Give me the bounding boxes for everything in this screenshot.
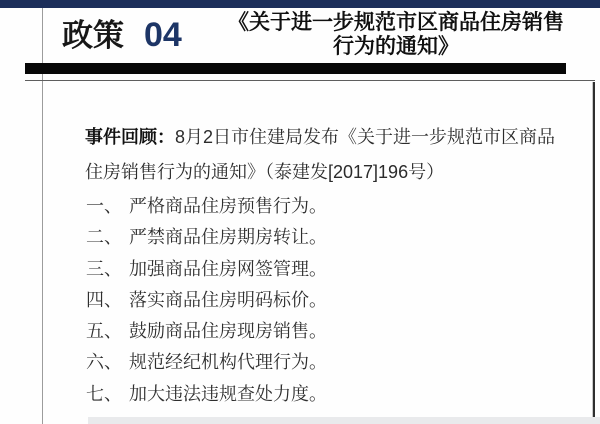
list-item-text: 加大违法违规查处力度。	[129, 384, 327, 404]
right-vertical-rule	[592, 82, 595, 424]
list-item-text: 加强商品住房网签管理。	[129, 259, 327, 279]
list-item: 七、加大违法违规查处力度。	[86, 379, 327, 410]
page-title-line-1: 《关于进一步规范市区商品住房销售	[205, 11, 587, 35]
policy-number: 04	[144, 17, 182, 53]
list-item-number: 七、	[86, 379, 122, 410]
policy-notice-card: 政策 04 《关于进一步规范市区商品住房销售 行为的通知》 事件回顾：8月2日市…	[0, 0, 600, 424]
event-review-line-2: 住房销售行为的通知》（泰建发[2017]196号）	[85, 155, 585, 190]
event-review-line-1: 事件回顾：8月2日市住建局发布《关于进一步规范市区商品	[85, 120, 585, 155]
page-title: 《关于进一步规范市区商品住房销售 行为的通知》	[205, 11, 587, 58]
list-item: 六、规范经纪机构代理行为。	[86, 347, 327, 378]
list-item-text: 鼓励商品住房现房销售。	[129, 321, 327, 341]
event-review-label: 事件回顾：	[85, 127, 175, 147]
list-item: 五、鼓励商品住房现房销售。	[86, 316, 327, 347]
list-item-text: 落实商品住房明码标价。	[129, 290, 327, 310]
list-item-number: 四、	[86, 285, 122, 316]
policy-item-list: 一、严格商品住房预售行为。 二、严禁商品住房期房转让。 三、加强商品住房网签管理…	[86, 191, 327, 410]
list-item: 二、严禁商品住房期房转让。	[86, 222, 327, 253]
list-item-number: 五、	[86, 316, 122, 347]
event-review-paragraph: 事件回顾：8月2日市住建局发布《关于进一步规范市区商品 住房销售行为的通知》（泰…	[85, 120, 585, 190]
list-item-number: 六、	[86, 347, 122, 378]
header-divider-bar	[25, 63, 566, 74]
list-item-number: 二、	[86, 222, 122, 253]
top-accent-bar	[0, 0, 600, 8]
list-item-number: 三、	[86, 254, 122, 285]
list-item-text: 规范经纪机构代理行为。	[129, 352, 327, 372]
list-item-text: 严格商品住房预售行为。	[129, 196, 327, 216]
bottom-shadow-strip	[88, 417, 600, 424]
list-item-text: 严禁商品住房期房转让。	[129, 227, 327, 247]
list-item-number: 一、	[86, 191, 122, 222]
header-divider-rule	[25, 80, 595, 81]
list-item: 一、严格商品住房预售行为。	[86, 191, 327, 222]
policy-label: 政策	[62, 20, 124, 52]
list-item: 三、加强商品住房网签管理。	[86, 254, 327, 285]
event-review-text-1: 8月2日市住建局发布《关于进一步规范市区商品	[175, 127, 555, 147]
page-title-line-2: 行为的通知》	[205, 35, 587, 59]
list-item: 四、落实商品住房明码标价。	[86, 285, 327, 316]
